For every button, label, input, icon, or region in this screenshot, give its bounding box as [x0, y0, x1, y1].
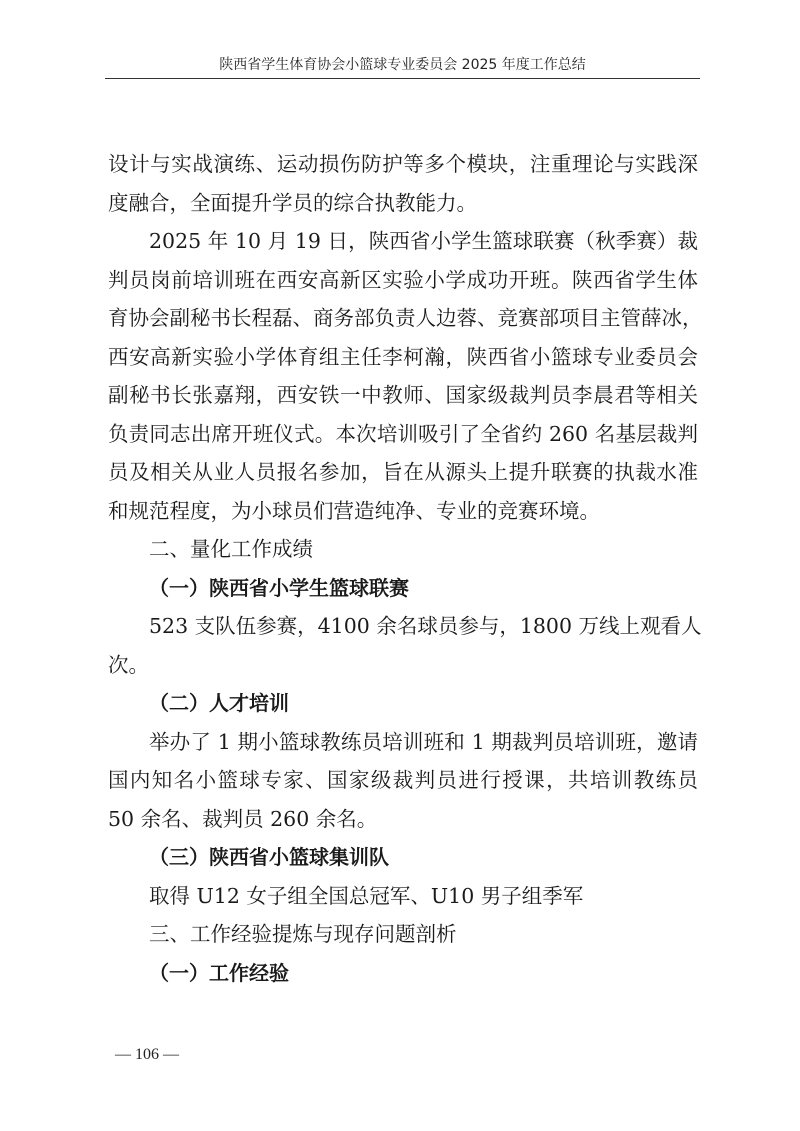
subsection-heading: （三）陕西省小篮球集训队 [108, 838, 698, 877]
running-header: 陕西省学生体育协会小篮球专业委员会 2025 年度工作总结 [105, 56, 700, 79]
paragraph-line: 副秘书长张嘉翔，西安铁一中教师、国家级裁判员李晨君等相关 [108, 376, 698, 415]
paragraph-line: 国内知名小篮球专家、国家级裁判员进行授课，共培训教练员 [108, 761, 698, 800]
section-heading: 二、量化工作成绩 [108, 530, 698, 569]
paragraph-line: 度融合，全面提升学员的综合执教能力。 [108, 184, 698, 223]
subsection-heading: （二）人才培训 [108, 684, 698, 723]
paragraph-line: 和规范程度，为小球员们营造纯净、专业的竞赛环境。 [108, 492, 698, 531]
subsection-heading: （一）工作经验 [108, 954, 698, 993]
document-body: 设计与实战演练、运动损伤防护等多个模块，注重理论与实践深 度融合，全面提升学员的… [108, 145, 698, 992]
page-number: — 106 — [115, 1046, 179, 1064]
paragraph-line: 西安高新实验小学体育组主任李柯瀚，陕西省小篮球专业委员会 [108, 338, 698, 377]
paragraph-line: 2025 年 10 月 19 日，陕西省小学生篮球联赛（秋季赛）裁 [108, 222, 698, 261]
paragraph-line: 举办了 1 期小篮球教练员培训班和 1 期裁判员培训班，邀请 [108, 723, 698, 762]
paragraph-line: 50 余名、裁判员 260 余名。 [108, 800, 698, 839]
paragraph-line: 设计与实战演练、运动损伤防护等多个模块，注重理论与实践深 [108, 145, 698, 184]
paragraph-line: 523 支队伍参赛，4100 余名球员参与，1800 万线上观看人 [108, 607, 698, 646]
section-heading: 三、工作经验提炼与现存问题剖析 [108, 915, 698, 954]
paragraph-line: 员及相关从业人员报名参加，旨在从源头上提升联赛的执裁水准 [108, 453, 698, 492]
paragraph-line: 育协会副秘书长程磊、商务部负责人边蓉、竞赛部项目主管薛冰， [108, 299, 698, 338]
paragraph-line: 取得 U12 女子组全国总冠军、U10 男子组季军 [108, 877, 698, 916]
paragraph-line: 次。 [108, 646, 698, 685]
subsection-heading: （一）陕西省小学生篮球联赛 [108, 569, 698, 608]
paragraph-line: 判员岗前培训班在西安高新区实验小学成功开班。陕西省学生体 [108, 261, 698, 300]
paragraph-line: 负责同志出席开班仪式。本次培训吸引了全省约 260 名基层裁判 [108, 415, 698, 454]
